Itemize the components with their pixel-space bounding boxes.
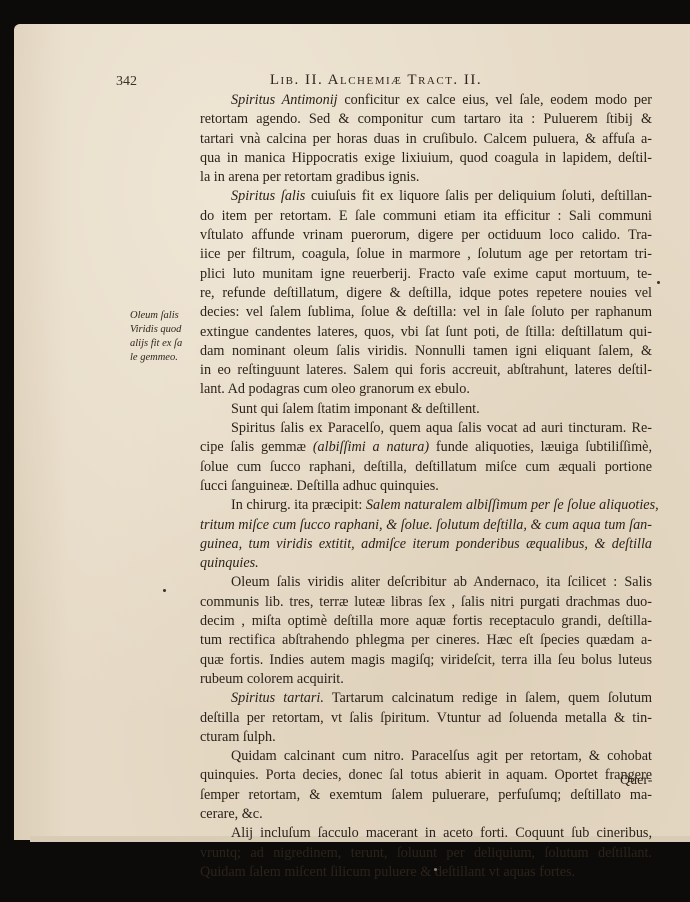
text-line: quinquies. Porta decies, donec ſal totus… [200,766,652,785]
text-line: do item per retortam. E ſale communi eti… [200,207,652,226]
line-text: Spiritus ſalis ex Paracelſo, quem aqua ſ… [231,420,652,436]
text-line: re, refunde deſtillatum, digere & deſtil… [200,284,652,303]
line-text: la in arena per retortam gradibus ignis. [200,169,419,185]
italic-lead: Spiritus tartari. [231,690,324,706]
line-text: decies: vel ſalem ſublima, ſolue & deſti… [200,304,652,320]
catchword: Quer- [620,773,652,789]
text-line: rubeum colorem acquirit. [200,670,652,689]
text-line: guinea, tum viridis extitit, admiſce ite… [200,535,652,554]
line-text: vruntq; ad nigredinem, terunt, ſoluunt p… [200,845,652,861]
line-text: plici luto munitam igne reuerberij. Frac… [200,266,652,282]
text-line: qua in manica Hippocratis exige lixiuium… [200,149,652,168]
line-text: tritum miſce cum ſucco raphani, & ſolue.… [200,517,652,533]
running-head: Lib. II. Alchemiæ Tract. II. [116,72,636,89]
line-text: ſucci ſanguineæ. Deſtilla adhuc quinquie… [200,478,439,494]
line-text: cipe ſalis gemmæ [200,439,313,455]
text-line: cerare, &c. [200,805,652,824]
text-line: decim , miſta optimè deſtilla more aquæ … [200,612,652,631]
italic-phrase: (albiſſimi a natura) [313,439,429,455]
ink-speck [657,281,660,284]
line-text: quæ fortis. Indies autem magis magiſq; v… [200,652,652,668]
text-line: lant. Ad podagras cum oleo granorum ex e… [200,380,652,399]
line-text: dam nominant oleum ſalis viridis. Nonnul… [200,343,652,359]
text-line: tum rectifica abſtrahendo phlegma per ci… [200,631,652,650]
text-line: In chirurg. ita præcipit: Salem naturale… [200,496,652,515]
text-line: in eo reſtinguunt lateres. Salem qui for… [200,361,652,380]
text-line: vſtulato affunde vrinam puerorum, digere… [200,226,652,245]
line-text: retortam agendo. Sed & componitur cum ta… [200,111,652,127]
line-text: re, refunde deſtillatum, digere & deſtil… [200,285,652,301]
line-text: guinea, tum viridis extitit, admiſce ite… [200,536,652,552]
line-text: Tartarum calcinatum redige in ſalem, que… [324,690,652,706]
text-line: tartari vnà calcina per horas duas in cr… [200,130,652,149]
text-line: la in arena per retortam gradibus ignis. [200,168,652,187]
line-text: lant. Ad podagras cum oleo granorum ex e… [200,381,470,397]
margin-note-line: Viridis quod [130,323,198,337]
text-line: quinquies. [200,554,652,573]
line-text: quinquies. Porta decies, donec ſal totus… [200,767,652,783]
line-text: In chirurg. ita præcipit: [231,497,366,513]
text-line: communis lib. tres, terræ luteæ libras ſ… [200,593,652,612]
body-text: Spiritus Antimonij conficitur ex calce e… [200,91,652,882]
text-line: iice per filtrum, coagula, ſolue in marm… [200,245,652,264]
text-line: plici luto munitam igne reuerberij. Frac… [200,265,652,284]
text-line: dam nominant oleum ſalis viridis. Nonnul… [200,342,652,361]
text-line: ſemper retortam, & exemtum ſalem puluera… [200,786,652,805]
line-text: deſtilla per retortam, vt ſalis ſpiritum… [200,710,652,726]
text-line: Spiritus Antimonij conficitur ex calce e… [200,91,652,110]
text-line: Spiritus ſalis cuiuſuis fit ex liquore ſ… [200,187,652,206]
line-text-after: funde aliquoties, læuiga ſubtiliſſimè, [429,439,652,455]
line-text: cturam ſulph. [200,729,276,745]
text-line: quæ fortis. Indies autem magis magiſq; v… [200,651,652,670]
text-line: vruntq; ad nigredinem, terunt, ſoluunt p… [200,844,652,863]
line-text: decim , miſta optimè deſtilla more aquæ … [200,613,652,629]
line-text: tartari vnà calcina per horas duas in cr… [200,131,652,147]
text-line: Spiritus ſalis ex Paracelſo, quem aqua ſ… [200,419,652,438]
ink-speck [434,868,437,871]
text-line: ſucci ſanguineæ. Deſtilla adhuc quinquie… [200,477,652,496]
text-line: Sunt qui ſalem ſtatim imponant & deſtill… [200,400,652,419]
line-text: Sunt qui ſalem ſtatim imponant & deſtill… [231,401,480,417]
text-line: Quidam ſalem miſcent ſilicum puluere & d… [200,863,652,882]
line-text: iice per filtrum, coagula, ſolue in marm… [200,246,652,262]
text-line: retortam agendo. Sed & componitur cum ta… [200,110,652,129]
ink-speck [163,589,166,592]
line-text: Alij incluſum ſacculo macerant in aceto … [231,825,652,841]
line-text: communis lib. tres, terræ luteæ libras ſ… [200,594,652,610]
text-line: deſtilla per retortam, vt ſalis ſpiritum… [200,709,652,728]
text-line: Spiritus tartari. Tartarum calcinatum re… [200,689,652,708]
italic-lead: Spiritus ſalis [231,188,305,204]
text-line: Quidam calcinant cum nitro. Paracelſus a… [200,747,652,766]
line-text: in eo reſtinguunt lateres. Salem qui for… [200,362,652,378]
line-text: extingue candentes lateres, quos, vbi ſa… [200,324,652,340]
text-line: Oleum ſalis viridis aliter deſcribitur a… [200,573,652,592]
text-line: ſolue cum ſucco raphani, deſtilla, deſti… [200,458,652,477]
margin-note: Oleum ſalis Viridis quod alijs fit ex ſa… [130,309,198,365]
text-line: extingue candentes lateres, quos, vbi ſa… [200,323,652,342]
line-text: cuiuſuis fit ex liquore ſalis per deliqu… [305,188,652,204]
line-text: Quidam ſalem miſcent ſilicum puluere & d… [200,864,575,880]
line-text: Quidam calcinant cum nitro. Paracelſus a… [231,748,652,764]
text-line: cturam ſulph. [200,728,652,747]
italic-phrase: Salem naturalem albiſſimum per ſe ſolue … [366,497,659,513]
line-text: quinquies. [200,555,259,571]
page-header: 342 Lib. II. Alchemiæ Tract. II. [116,72,676,92]
text-line: tritum miſce cum ſucco raphani, & ſolue.… [200,516,652,535]
line-text: do item per retortam. E ſale communi eti… [200,208,652,224]
margin-note-line: alijs fit ex ſa [130,337,198,351]
line-text: ſemper retortam, & exemtum ſalem puluera… [200,787,652,803]
margin-note-line: le gemmeo. [130,351,198,365]
text-line: cipe ſalis gemmæ (albiſſimi a natura) fu… [200,438,652,457]
line-text: rubeum colorem acquirit. [200,671,344,687]
line-text: cerare, &c. [200,806,263,822]
line-text: conficitur ex calce eius, vel ſale, eode… [338,92,652,108]
margin-note-line: Oleum ſalis [130,309,198,323]
line-text: vſtulato affunde vrinam puerorum, digere… [200,227,652,243]
text-line: Alij incluſum ſacculo macerant in aceto … [200,824,652,843]
line-text: Oleum ſalis viridis aliter deſcribitur a… [231,574,652,590]
text-line: decies: vel ſalem ſublima, ſolue & deſti… [200,303,652,322]
line-text: tum rectifica abſtrahendo phlegma per ci… [200,632,652,648]
italic-lead: Spiritus Antimonij [231,92,338,108]
line-text: qua in manica Hippocratis exige lixiuium… [200,150,652,166]
line-text: ſolue cum ſucco raphani, deſtilla, deſti… [200,459,652,475]
